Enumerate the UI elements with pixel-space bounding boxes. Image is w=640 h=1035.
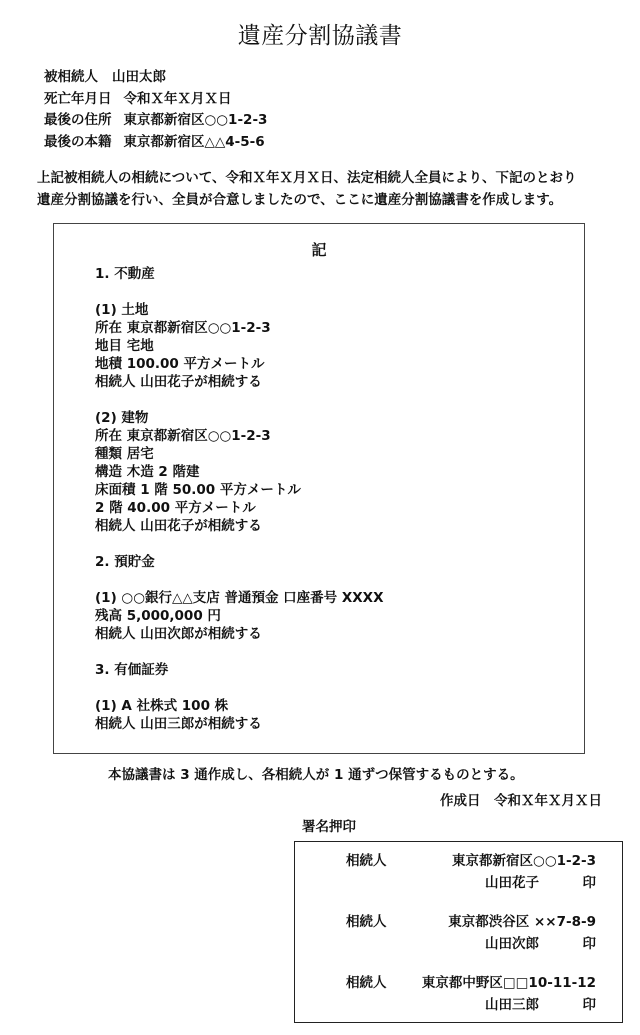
- info-row-death-date: 死亡年月日 令和Ｘ年Ｘ月Ｘ日: [44, 89, 267, 111]
- created-date: 作成日 令和Ｘ年Ｘ月Ｘ日: [440, 792, 602, 810]
- blank-line: [95, 571, 384, 589]
- info-value: 山田太郎: [112, 67, 166, 89]
- intro-line: 上記被相続人の相続について、令和Ｘ年Ｘ月Ｘ日、法定相続人全員により、下記のとおり: [37, 167, 576, 189]
- info-value: 東京都新宿区○○1-2-3: [124, 110, 268, 132]
- heir-name: 山田三郎: [485, 993, 539, 1013]
- section-heading-securities: 3. 有価証券: [95, 661, 384, 679]
- document-title: 遺産分割協議書: [0, 20, 640, 52]
- info-value: 令和Ｘ年Ｘ月Ｘ日: [124, 89, 232, 111]
- heir-name: 山田次郎: [485, 932, 539, 952]
- heir-address: 東京都新宿区○○1-2-3: [452, 849, 596, 869]
- info-row-decedent: 被相続人 山田太郎: [44, 67, 267, 89]
- heir-line: 相続人 山田三郎が相続する: [95, 715, 384, 733]
- intro-line: 遺産分割協議を行い、全員が合意しましたので、ここに遺産分割協議書を作成します。: [37, 189, 576, 211]
- detail-line: 構造 木造 2 階建: [95, 463, 384, 481]
- decedent-info: 被相続人 山田太郎 死亡年月日 令和Ｘ年Ｘ月Ｘ日 最後の住所 東京都新宿区○○1…: [44, 67, 267, 153]
- detail-line: 所在 東京都新宿区○○1-2-3: [95, 319, 384, 337]
- info-row-registered-domicile: 最後の本籍 東京都新宿区△△4-5-6: [44, 132, 267, 154]
- detail-line: 種類 居宅: [95, 445, 384, 463]
- heir-role: 相続人: [346, 849, 387, 869]
- heir-address: 東京都渋谷区 ××7-8-9: [448, 910, 596, 930]
- heir-line: 相続人 山田花子が相続する: [95, 517, 384, 535]
- heir-signature-3: 相続人 東京都中野区□□10-11-12 山田三郎 印: [295, 964, 622, 1004]
- heir-line: 相続人 山田次郎が相続する: [95, 625, 384, 643]
- heir-role: 相続人: [346, 910, 387, 930]
- info-label: 最後の本籍: [44, 132, 112, 154]
- detail-line: 地積 100.00 平方メートル: [95, 355, 384, 373]
- blank-line: [95, 535, 384, 553]
- seal-mark: 印: [583, 932, 597, 952]
- info-label: 被相続人: [44, 67, 98, 89]
- blank-line: [95, 283, 384, 301]
- blank-line: [95, 679, 384, 697]
- ki-heading: 記: [54, 239, 584, 260]
- section-heading-real-estate: 1. 不動産: [95, 265, 384, 283]
- info-value: 東京都新宿区△△4-5-6: [124, 132, 265, 154]
- heir-name: 山田花子: [485, 871, 539, 891]
- blank-line: [95, 391, 384, 409]
- heir-role: 相続人: [346, 971, 387, 991]
- heir-address: 東京都中野区□□10-11-12: [422, 971, 596, 991]
- detail-line: 2 階 40.00 平方メートル: [95, 499, 384, 517]
- estate-details-box: 記 1. 不動産 (1) 土地 所在 東京都新宿区○○1-2-3 地目 宅地 地…: [53, 223, 585, 754]
- info-label: 最後の住所: [44, 110, 112, 132]
- closing-statement: 本協議書は 3 通作成し、各相続人が 1 通ずつ保管するものとする。: [108, 766, 524, 784]
- detail-line: 床面積 1 階 50.00 平方メートル: [95, 481, 384, 499]
- heir-line: 相続人 山田花子が相続する: [95, 373, 384, 391]
- item-heading-building: (2) 建物: [95, 409, 384, 427]
- item-heading-stock: (1) A 社株式 100 株: [95, 697, 384, 715]
- heir-signature-1: 相続人 東京都新宿区○○1-2-3 山田花子 印: [295, 842, 622, 882]
- heir-signature-2: 相続人 東京都渋谷区 ××7-8-9 山田次郎 印: [295, 903, 622, 943]
- section-heading-deposits: 2. 預貯金: [95, 553, 384, 571]
- estate-details: 1. 不動産 (1) 土地 所在 東京都新宿区○○1-2-3 地目 宅地 地積 …: [95, 265, 384, 733]
- info-label: 死亡年月日: [44, 89, 112, 111]
- detail-line: 残高 5,000,000 円: [95, 607, 384, 625]
- blank-line: [95, 643, 384, 661]
- item-heading-bank-account: (1) ○○銀行△△支店 普通預金 口座番号 XXXX: [95, 589, 384, 607]
- detail-line: 所在 東京都新宿区○○1-2-3: [95, 427, 384, 445]
- info-row-last-address: 最後の住所 東京都新宿区○○1-2-3: [44, 110, 267, 132]
- seal-mark: 印: [583, 871, 597, 891]
- signature-heading: 署名押印: [302, 818, 356, 836]
- intro-paragraph: 上記被相続人の相続について、令和Ｘ年Ｘ月Ｘ日、法定相続人全員により、下記のとおり…: [37, 167, 576, 211]
- seal-mark: 印: [583, 993, 597, 1013]
- detail-line: 地目 宅地: [95, 337, 384, 355]
- item-heading-land: (1) 土地: [95, 301, 384, 319]
- signature-box: 相続人 東京都新宿区○○1-2-3 山田花子 印 相続人 東京都渋谷区 ××7-…: [294, 841, 623, 1023]
